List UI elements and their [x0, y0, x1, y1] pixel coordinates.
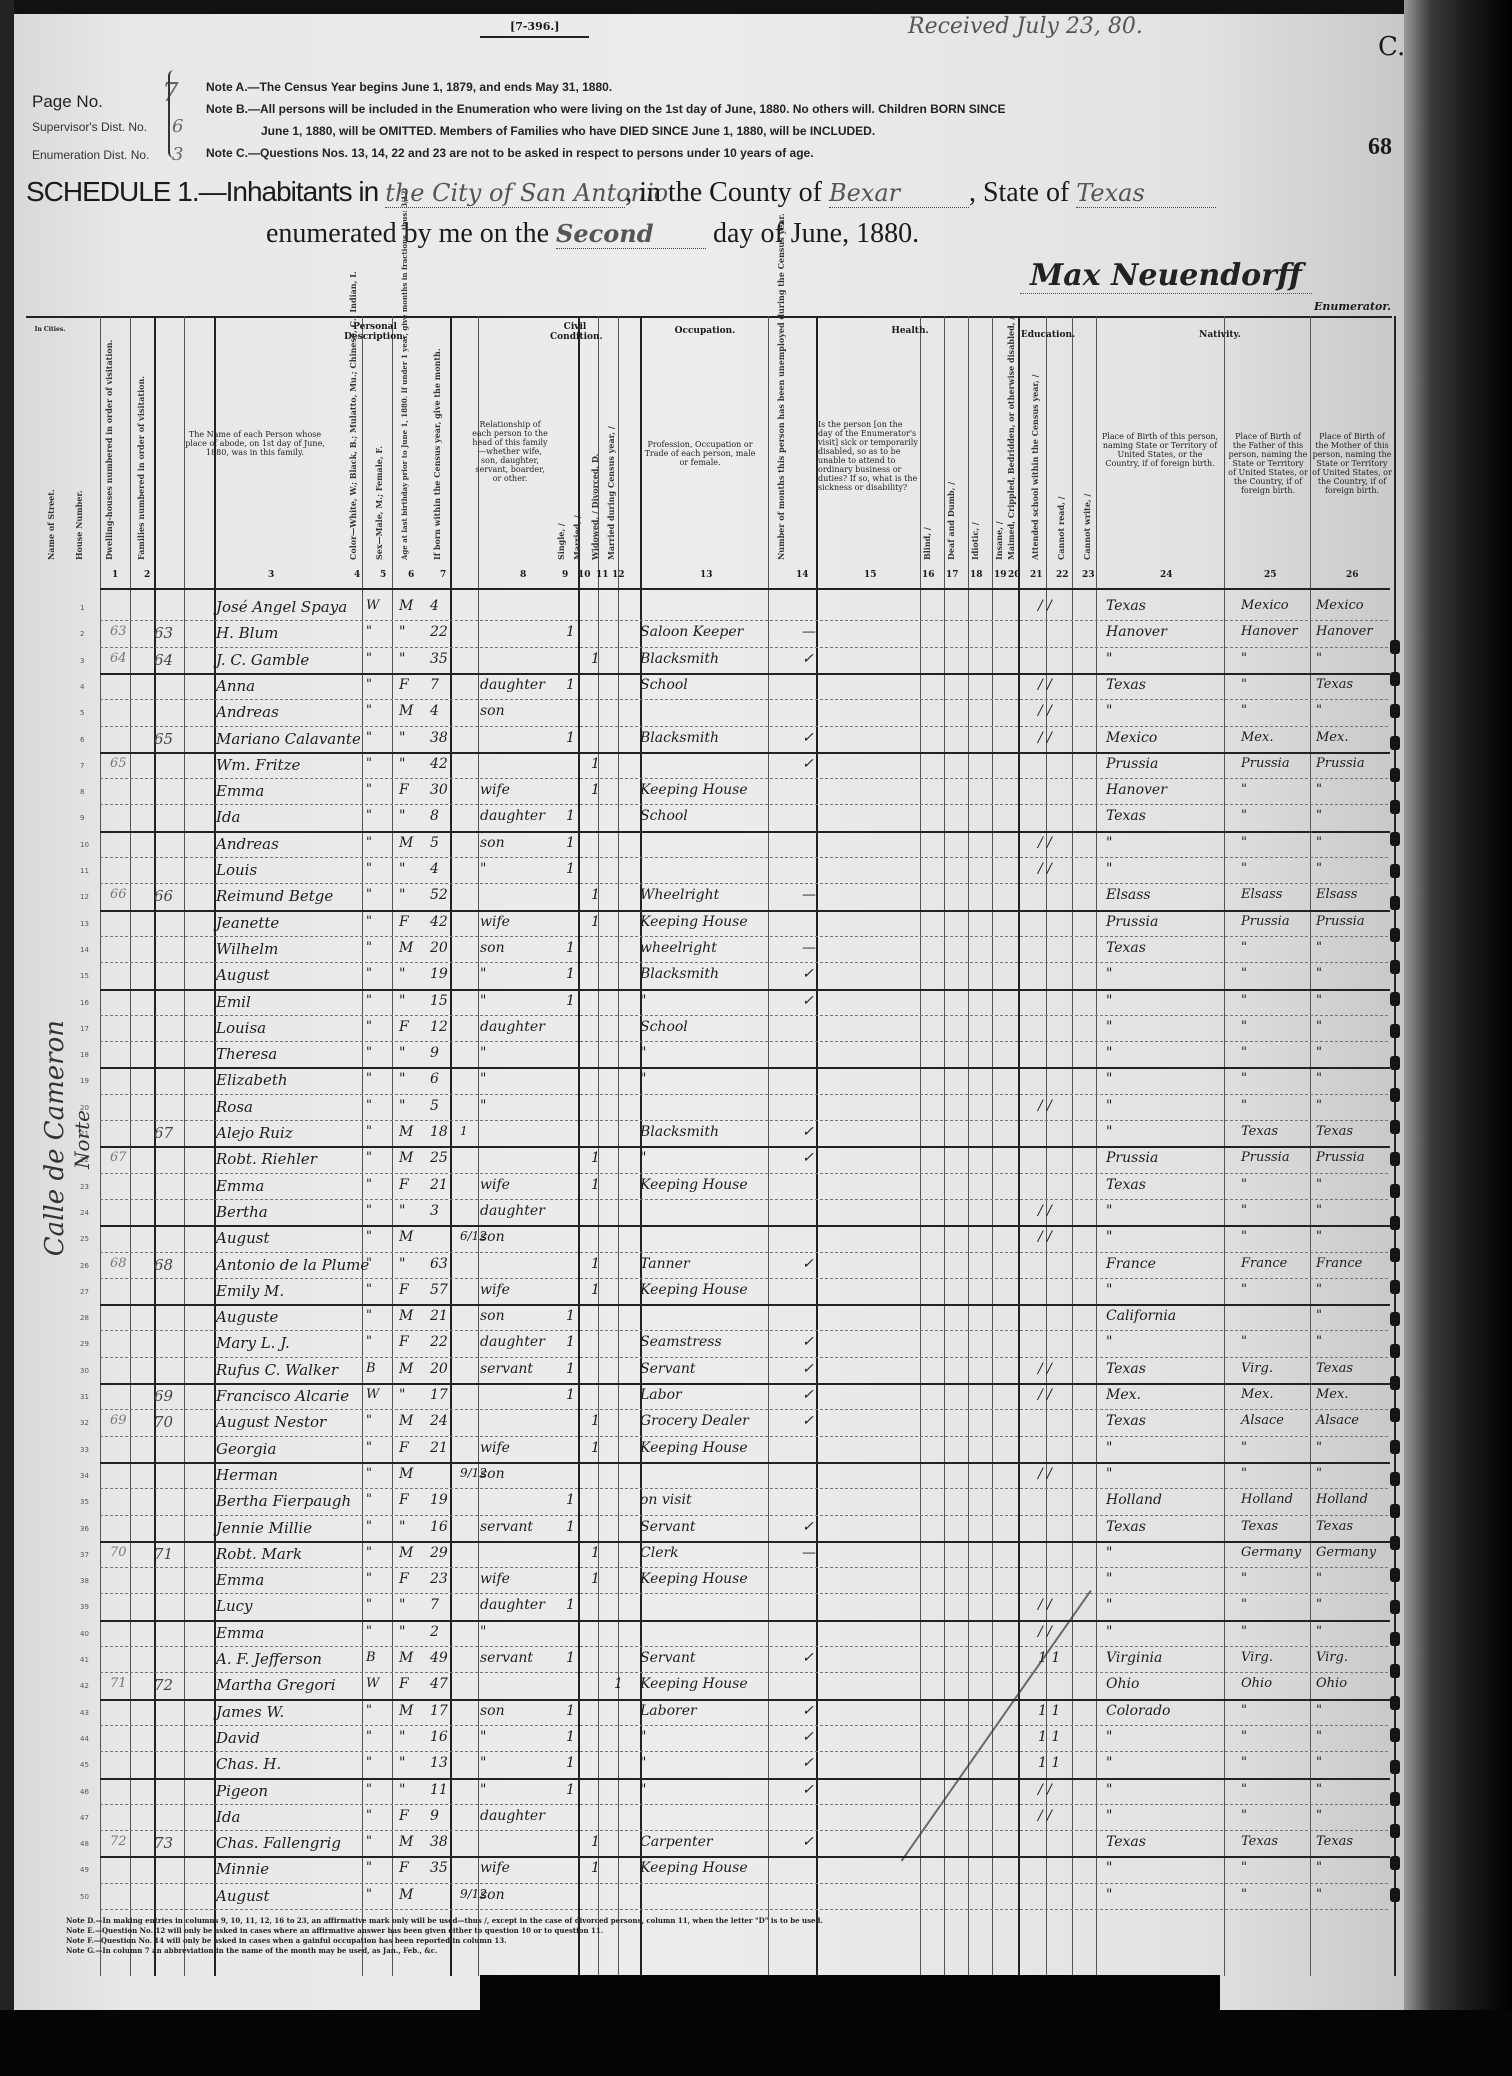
row-rule — [100, 936, 1390, 937]
occupation: Keeping House — [640, 1860, 748, 1876]
color: " — [366, 1887, 372, 1902]
group-civil-condition: Civil Condition. — [550, 322, 600, 342]
unemployed-mark: ✓ — [802, 756, 814, 772]
birthplace: Virginia — [1106, 1650, 1162, 1666]
table-top-rule — [26, 316, 1392, 318]
relationship: daughter — [480, 1597, 545, 1613]
birthplace: Prussia — [1106, 914, 1158, 930]
row-rule — [100, 1883, 1390, 1884]
person-name: Jennie Millie — [216, 1519, 312, 1537]
sex: M — [399, 1229, 413, 1245]
father-birthplace: " — [1241, 1597, 1247, 1612]
row-rule — [100, 1146, 1390, 1148]
col-num: 7 — [440, 570, 446, 580]
sex: M — [399, 1150, 413, 1166]
header-bottom-rule — [100, 588, 1390, 590]
table-row: 3169Francisco AlcarieW"171Labor✓/ /Mex.M… — [26, 1385, 1392, 1409]
line-number: 38 — [80, 1577, 89, 1585]
note-d: Note D.—In making entries in columns 9, … — [66, 1916, 823, 1926]
person-name: Chas. Fallengrig — [216, 1834, 341, 1852]
table-row: 40Emma""2"/ /""" — [26, 1622, 1392, 1646]
col-label-blind: Blind, / — [922, 520, 932, 560]
film-sprocket — [1390, 800, 1400, 814]
group-occupation: Occupation. — [650, 326, 760, 336]
sex: " — [399, 808, 405, 824]
occupation: Saloon Keeper — [640, 624, 743, 640]
line-number: 32 — [80, 1419, 89, 1427]
age: 6 — [430, 1071, 439, 1087]
line-number: 5 — [80, 709, 84, 717]
col-label-sickness: Is the person [on the day of the Enumera… — [818, 420, 918, 492]
dwelling-number: 71 — [110, 1676, 127, 1691]
sex: M — [399, 1361, 413, 1377]
education-marks: / / — [1038, 730, 1052, 746]
birthplace: Hanover — [1106, 624, 1167, 640]
age: 3 — [430, 1203, 439, 1219]
table-row: 9Ida""8daughter1SchoolTexas"" — [26, 806, 1392, 830]
color: " — [366, 808, 372, 823]
birthplace: Texas — [1106, 1519, 1146, 1535]
row-rule — [100, 778, 1390, 779]
schedule-label: SCHEDULE 1.—Inhabitants in — [26, 176, 378, 207]
color: " — [366, 624, 372, 639]
sex: " — [399, 730, 405, 746]
table-row: 33Georgia"F21wife1Keeping House""" — [26, 1438, 1392, 1462]
father-birthplace: Mex. — [1241, 1387, 1273, 1402]
occupation: " — [640, 1150, 646, 1166]
birthplace: " — [1106, 1019, 1112, 1035]
father-birthplace: " — [1241, 1624, 1247, 1639]
age: 7 — [430, 1597, 439, 1613]
person-name: Bertha Fierpaugh — [216, 1492, 351, 1510]
color: " — [366, 1808, 372, 1823]
film-sprocket — [1390, 928, 1400, 942]
line-number: 25 — [80, 1235, 89, 1243]
col-label-color: Color—White, W.; Black, B.; Mulatto, Mu.… — [348, 360, 358, 560]
age: 15 — [430, 993, 448, 1009]
father-birthplace: " — [1241, 1440, 1247, 1455]
film-sprocket — [1390, 1472, 1400, 1486]
film-sprocket — [1390, 1856, 1400, 1870]
line-number: 29 — [80, 1340, 89, 1348]
unemployed-mark: ✓ — [802, 1334, 814, 1350]
education-marks: / / — [1038, 703, 1052, 719]
enumeration-dist-label: Enumeration Dist. No. — [32, 148, 149, 162]
father-birthplace: " — [1241, 1019, 1247, 1034]
note-a: Note A.—The Census Year begins June 1, 1… — [206, 76, 1005, 98]
unemployed-mark: ✓ — [802, 1361, 814, 1377]
mother-birthplace: " — [1316, 1782, 1322, 1797]
father-birthplace: " — [1241, 940, 1247, 955]
occupation: Keeping House — [640, 1177, 748, 1193]
color: " — [366, 782, 372, 797]
col-label-street: Name of Street. — [46, 470, 56, 560]
sex: F — [399, 1571, 409, 1587]
mother-birthplace: Texas — [1316, 1834, 1353, 1849]
row-rule — [100, 1357, 1390, 1358]
person-name: Lucy — [216, 1597, 253, 1615]
instruction-notes: Note A.—The Census Year begins June 1, 1… — [206, 76, 1005, 164]
married-mark: 1 — [591, 651, 600, 667]
color: " — [366, 1597, 372, 1612]
table-row: 38Emma"F23wife1Keeping House""" — [26, 1569, 1392, 1593]
line-number: 18 — [80, 1051, 89, 1059]
birthplace: " — [1106, 1624, 1112, 1640]
sex: " — [399, 1782, 405, 1798]
film-sprocket — [1390, 640, 1400, 654]
single-mark: 1 — [566, 1492, 575, 1508]
line-number: 4 — [80, 683, 84, 691]
person-name: Pigeon — [216, 1782, 268, 1800]
enumeration-date-line: enumerated by me on the Second day of Ju… — [266, 218, 919, 250]
mother-birthplace: " — [1316, 1098, 1322, 1113]
col-label-mother-birthplace: Place of Birth of the Mother of this per… — [1312, 432, 1392, 495]
age: 16 — [430, 1519, 448, 1535]
occupation: " — [640, 1071, 646, 1087]
supervisor-dist-label: Supervisor's Dist. No. — [32, 120, 147, 134]
line-number: 16 — [80, 999, 89, 1007]
enumerated-day: Second — [556, 219, 706, 249]
occupation: on visit — [640, 1492, 692, 1508]
birthplace: " — [1106, 1334, 1112, 1350]
education-marks: / / — [1038, 1098, 1052, 1114]
color: B — [366, 1650, 376, 1665]
mother-birthplace: Virg. — [1316, 1650, 1348, 1665]
table-row: 11Louis""4"1/ /""" — [26, 859, 1392, 883]
mother-birthplace: " — [1316, 1597, 1322, 1612]
age: 21 — [430, 1177, 448, 1193]
enumerated-suffix: day of June, 1880. — [713, 218, 919, 249]
education-marks: / / — [1038, 861, 1052, 877]
person-name: August Nestor — [216, 1413, 326, 1431]
person-name: Andreas — [216, 835, 279, 853]
married-mark: 1 — [591, 1282, 600, 1298]
mother-birthplace: Mex. — [1316, 1387, 1348, 1402]
unemployed-mark: — — [802, 887, 816, 903]
education-marks: / / — [1038, 1203, 1052, 1219]
person-name: Martha Gregori — [216, 1676, 336, 1694]
dwelling-number: 67 — [110, 1150, 127, 1165]
person-name: Antonio de la Plume — [216, 1256, 369, 1274]
row-rule — [100, 831, 1390, 833]
birthplace: " — [1106, 1045, 1112, 1061]
film-sprocket — [1390, 1632, 1400, 1646]
page-no-label: Page No. — [32, 92, 103, 111]
table-row: 30Rufus C. WalkerBM20servant1Servant✓/ /… — [26, 1359, 1392, 1383]
person-name: Jeanette — [216, 914, 279, 932]
person-name: Robt. Riehler — [216, 1150, 317, 1168]
single-mark: 1 — [566, 1361, 575, 1377]
row-rule — [100, 1304, 1390, 1306]
occupation: " — [640, 1045, 646, 1061]
father-birthplace: " — [1241, 1860, 1247, 1875]
single-mark: 1 — [566, 1703, 575, 1719]
age: 9 — [430, 1045, 439, 1061]
film-sprocket — [1390, 1792, 1400, 1806]
table-row: 4Anna"F7daughter1School/ /Texas"Texas — [26, 675, 1392, 699]
occupation: Keeping House — [640, 1440, 748, 1456]
mother-birthplace: " — [1316, 1729, 1322, 1744]
color: " — [366, 1466, 372, 1481]
sex: " — [399, 1203, 405, 1219]
occupation: Servant — [640, 1519, 695, 1535]
line-number: 7 — [80, 762, 84, 770]
dwelling-number: 70 — [110, 1545, 127, 1560]
married-mark: 1 — [591, 782, 600, 798]
table-row: 44David""16"1"✓1 1""" — [26, 1727, 1392, 1751]
mother-birthplace: Ohio — [1316, 1676, 1347, 1691]
table-row: 20Rosa""5"/ /""" — [26, 1096, 1392, 1120]
mother-birthplace: " — [1316, 1045, 1322, 1060]
state-label: , State of — [969, 177, 1069, 208]
line-number: 15 — [80, 972, 89, 980]
person-name: J. C. Gamble — [216, 651, 309, 669]
row-rule — [100, 1436, 1390, 1437]
group-health: Health. — [880, 326, 940, 336]
row-rule — [100, 1751, 1390, 1752]
col-num: 18 — [970, 570, 983, 580]
col-num: 3 — [268, 570, 274, 580]
person-name: Reimund Betge — [216, 887, 333, 905]
row-rule — [100, 1041, 1390, 1042]
birthplace: " — [1106, 651, 1112, 667]
table-row: 17Louisa"F12daughterSchool""" — [26, 1017, 1392, 1041]
col-num: 24 — [1160, 570, 1173, 580]
film-edge-right — [1404, 0, 1512, 2076]
unemployed-mark: ✓ — [802, 1703, 814, 1719]
single-mark: 1 — [566, 677, 575, 693]
col-label-single: Single, / — [556, 500, 566, 560]
age: 12 — [430, 1019, 448, 1035]
person-name: August — [216, 1887, 269, 1905]
mother-birthplace: " — [1316, 1282, 1322, 1297]
line-number: 30 — [80, 1367, 89, 1375]
line-number: 44 — [80, 1735, 89, 1743]
film-sprocket — [1390, 896, 1400, 910]
line-number: 24 — [80, 1209, 89, 1217]
birthplace: Texas — [1106, 1834, 1146, 1850]
sex: " — [399, 1519, 405, 1535]
person-name: Emma — [216, 1571, 264, 1589]
relationship: " — [480, 1755, 486, 1771]
color: " — [366, 1045, 372, 1060]
row-rule — [100, 1173, 1390, 1174]
row-rule — [100, 726, 1390, 727]
birthplace: Mexico — [1106, 730, 1157, 746]
row-rule — [100, 1567, 1390, 1568]
col-num: 1 — [112, 570, 118, 580]
age: 8 — [430, 808, 439, 824]
color: " — [366, 1545, 372, 1560]
film-sprocket — [1390, 1824, 1400, 1838]
table-row: 19Elizabeth""6""""" — [26, 1069, 1392, 1093]
col-label-widowed: Widowed, / Divorced, D. — [590, 450, 600, 560]
relationship: son — [480, 835, 505, 851]
film-sprocket — [1390, 1376, 1400, 1390]
mother-birthplace: Mexico — [1316, 598, 1364, 613]
table-row: 2167Alejo Ruiz"M181Blacksmith✓"TexasTexa… — [26, 1122, 1392, 1146]
table-row: 24Bertha""3daughter/ /""" — [26, 1201, 1392, 1225]
mother-birthplace: Texas — [1316, 1361, 1353, 1376]
occupation: Servant — [640, 1650, 695, 1666]
row-rule — [100, 1778, 1390, 1780]
father-birthplace: " — [1241, 1177, 1247, 1192]
birthplace: " — [1106, 1782, 1112, 1798]
father-birthplace: " — [1241, 861, 1247, 876]
mother-birthplace: " — [1316, 782, 1322, 797]
father-birthplace: " — [1241, 1203, 1247, 1218]
col-num: 12 — [612, 570, 625, 580]
color: " — [366, 887, 372, 902]
family-number: 72 — [154, 1676, 173, 1694]
sex: M — [399, 1124, 413, 1140]
note-f: Note F.—Question No. 14 will only be ask… — [66, 1936, 823, 1946]
person-name: Auguste — [216, 1308, 278, 1326]
age: 35 — [430, 1860, 448, 1876]
row-rule — [100, 1856, 1390, 1858]
father-birthplace: Mex. — [1241, 730, 1273, 745]
occupation: Keeping House — [640, 914, 748, 930]
relationship: daughter — [480, 1334, 545, 1350]
father-birthplace: " — [1241, 1887, 1247, 1902]
relationship: wife — [480, 1440, 510, 1456]
education-marks: / / — [1038, 1624, 1052, 1640]
note-c: Note C.—Questions Nos. 13, 14, 22 and 23… — [206, 142, 1005, 164]
birthplace: " — [1106, 1860, 1112, 1876]
birthplace: " — [1106, 1887, 1112, 1903]
film-sprocket — [1390, 992, 1400, 1006]
occupation: Labor — [640, 1387, 682, 1403]
line-number: 47 — [80, 1814, 89, 1822]
birthplace: Mex. — [1106, 1387, 1141, 1403]
single-mark: 1 — [566, 1519, 575, 1535]
margin-street-name: Calle de Cameron — [40, 1020, 70, 1256]
schedule-title: SCHEDULE 1.—Inhabitants in the City of S… — [26, 176, 1216, 209]
age: 16 — [430, 1729, 448, 1745]
mother-birthplace: " — [1316, 1466, 1322, 1481]
relationship: son — [480, 703, 505, 719]
color: W — [366, 1676, 379, 1691]
line-number: 43 — [80, 1709, 89, 1717]
person-name: Louisa — [216, 1019, 266, 1037]
father-birthplace: Holland — [1241, 1492, 1293, 1507]
occupation: Blacksmith — [640, 651, 719, 667]
dwelling-number: 66 — [110, 887, 127, 902]
table-row: 29Mary L. J."F22daughter1Seamstress✓""" — [26, 1332, 1392, 1356]
mother-birthplace: " — [1316, 940, 1322, 955]
color: " — [366, 651, 372, 666]
birthplace: " — [1106, 1282, 1112, 1298]
unemployed-mark: ✓ — [802, 1650, 814, 1666]
sex: M — [399, 940, 413, 956]
sex: M — [399, 1308, 413, 1324]
person-name: Francisco Alcarie — [216, 1387, 349, 1405]
father-birthplace: Prussia — [1241, 1150, 1290, 1165]
person-name: August — [216, 966, 269, 984]
person-name: Ida — [216, 808, 240, 826]
father-birthplace: France — [1241, 1256, 1287, 1271]
father-birthplace: " — [1241, 966, 1247, 981]
father-birthplace: Texas — [1241, 1124, 1278, 1139]
birth-month: 1 — [460, 1124, 468, 1138]
color: " — [366, 730, 372, 745]
sex: " — [399, 1597, 405, 1613]
relationship: " — [480, 1071, 486, 1087]
mother-birthplace: " — [1316, 1177, 1322, 1192]
color: " — [366, 1229, 372, 1244]
birthplace: Hanover — [1106, 782, 1167, 798]
birthplace: " — [1106, 1098, 1112, 1114]
birthplace: Colorado — [1106, 1703, 1170, 1719]
film-sprocket — [1390, 1760, 1400, 1774]
unemployed-mark: ✓ — [802, 1124, 814, 1140]
person-name: José Angel Spaya — [216, 598, 347, 616]
table-row: 36Jennie Millie""16servant1Servant✓Texas… — [26, 1517, 1392, 1541]
birthplace: France — [1106, 1256, 1156, 1272]
row-rule — [100, 1515, 1390, 1516]
row-rule — [100, 1830, 1390, 1831]
sex: " — [399, 1098, 405, 1114]
father-birthplace: " — [1241, 1334, 1247, 1349]
color: " — [366, 1334, 372, 1349]
age: 21 — [430, 1440, 448, 1456]
birthplace: " — [1106, 1755, 1112, 1771]
line-number: 9 — [80, 814, 84, 822]
birthplace: " — [1106, 1203, 1112, 1219]
relationship: " — [480, 1624, 486, 1640]
color: " — [366, 861, 372, 876]
color: " — [366, 993, 372, 1008]
color: " — [366, 1256, 372, 1271]
col-label-married: Married, / — [572, 500, 582, 560]
grid-line — [1394, 316, 1396, 1976]
film-sprocket — [1390, 832, 1400, 846]
occupation: Clerk — [640, 1545, 679, 1561]
col-label-dwelling: Dwelling-houses numbered in order of vis… — [104, 370, 114, 560]
person-name: Alejo Ruiz — [216, 1124, 293, 1142]
col-label-birthplace: Place of Birth of this person, naming St… — [1100, 432, 1220, 468]
table-row: 41A. F. JeffersonBM49servant1Servant✓1 1… — [26, 1648, 1392, 1672]
table-row: 35Bertha Fierpaugh"F191on visitHollandHo… — [26, 1490, 1392, 1514]
col-label-name: The Name of each Person whose place of a… — [180, 430, 330, 457]
age: 7 — [430, 677, 439, 693]
sex: M — [399, 1413, 413, 1429]
age: 19 — [430, 1492, 448, 1508]
mother-birthplace: " — [1316, 1308, 1322, 1323]
father-birthplace: Alsace — [1241, 1413, 1284, 1428]
relationship: daughter — [480, 808, 545, 824]
birthplace: " — [1106, 1071, 1112, 1087]
row-rule — [100, 647, 1390, 648]
page-no-field: Page No. 7 — [32, 92, 103, 112]
film-sprocket — [1390, 1152, 1400, 1166]
education-marks: / / — [1038, 1808, 1052, 1824]
occupation: Blacksmith — [640, 966, 719, 982]
table-row: 18Theresa""9""""" — [26, 1043, 1392, 1067]
age: 2 — [430, 1624, 439, 1640]
row-rule — [100, 699, 1390, 700]
col-num: 13 — [700, 570, 713, 580]
occupation: Keeping House — [640, 782, 748, 798]
father-birthplace: Ohio — [1241, 1676, 1272, 1691]
occupation: Keeping House — [640, 1282, 748, 1298]
occupation: Keeping House — [640, 1676, 748, 1692]
mother-birthplace: " — [1316, 1755, 1322, 1770]
birthplace: " — [1106, 1124, 1112, 1140]
single-mark: 1 — [566, 730, 575, 746]
table-row: 15August""19"1Blacksmith✓""" — [26, 964, 1392, 988]
education-marks: / / — [1038, 598, 1052, 614]
